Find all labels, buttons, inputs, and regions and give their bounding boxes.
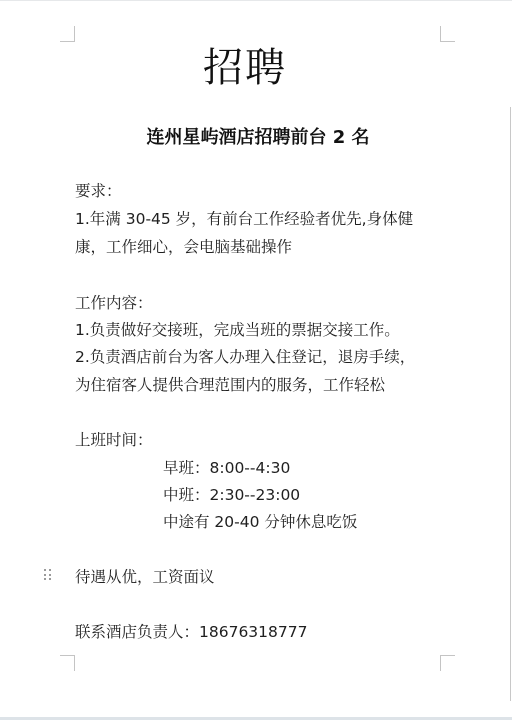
duties-line-3: 为住宿客人提供合理范围内的服务，工作轻松 bbox=[75, 374, 385, 396]
hours-middle-shift: 中班：2:30--23:00 bbox=[163, 484, 300, 506]
hours-break-note: 中途有 20-40 分钟休息吃饭 bbox=[163, 511, 357, 533]
benefits-line: 待遇从优，工资面议 bbox=[75, 566, 215, 588]
hours-morning-shift: 早班：8:00--4:30 bbox=[163, 457, 290, 479]
margin-corner-bottom-right bbox=[440, 655, 455, 671]
hours-heading: 上班时间： bbox=[75, 429, 153, 451]
requirements-heading: 要求： bbox=[75, 180, 122, 202]
duties-line-1: 1.负责做好交接班，完成当班的票据交接工作。 bbox=[75, 319, 400, 341]
paragraph-drag-handle-icon[interactable] bbox=[44, 569, 52, 581]
document-title: 招聘 bbox=[0, 42, 490, 94]
requirements-line-1: 1.年满 30-45 岁，有前台工作经验者优先,身体健 bbox=[75, 208, 413, 230]
page-right-border bbox=[510, 107, 511, 701]
page-top-edge bbox=[0, 0, 512, 1]
margin-corner-bottom-left bbox=[60, 655, 75, 671]
requirements-line-2: 康，工作细心，会电脑基础操作 bbox=[75, 236, 292, 258]
margin-corner-top-right bbox=[440, 26, 455, 42]
contact-line: 联系酒店负责人：18676318777 bbox=[75, 621, 307, 643]
document-subtitle: 连州星屿酒店招聘前台 2 名 bbox=[0, 124, 512, 152]
margin-corner-top-left bbox=[60, 26, 75, 42]
duties-heading: 工作内容： bbox=[75, 292, 153, 314]
duties-line-2: 2.负责酒店前台为客人办理入住登记，退房手续， bbox=[75, 346, 415, 368]
